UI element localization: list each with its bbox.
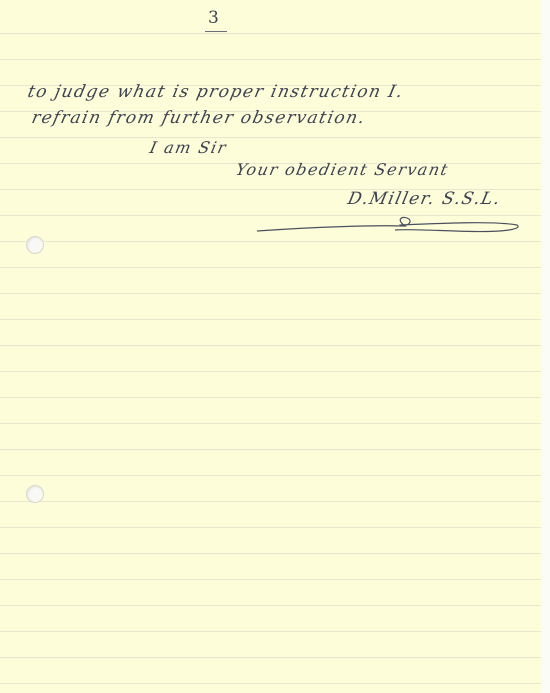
punch-hole-bottom — [26, 485, 44, 503]
punch-hole-top — [26, 236, 44, 254]
page-number-underline — [205, 31, 227, 32]
signature: D.Miller. S.S.L. — [346, 189, 503, 209]
signature-flourish — [255, 213, 525, 237]
closing-salutation: I am Sir — [148, 138, 229, 157]
closing-valediction: Your obedient Servant — [234, 160, 451, 179]
letter-page: 3 to judge what is proper instruction I.… — [0, 0, 541, 693]
page-number: 3 — [208, 8, 219, 28]
body-line-2: refrain from further observation. — [30, 108, 368, 128]
page-edge — [541, 0, 550, 693]
body-line-1: to judge what is proper instruction I. — [26, 82, 406, 102]
